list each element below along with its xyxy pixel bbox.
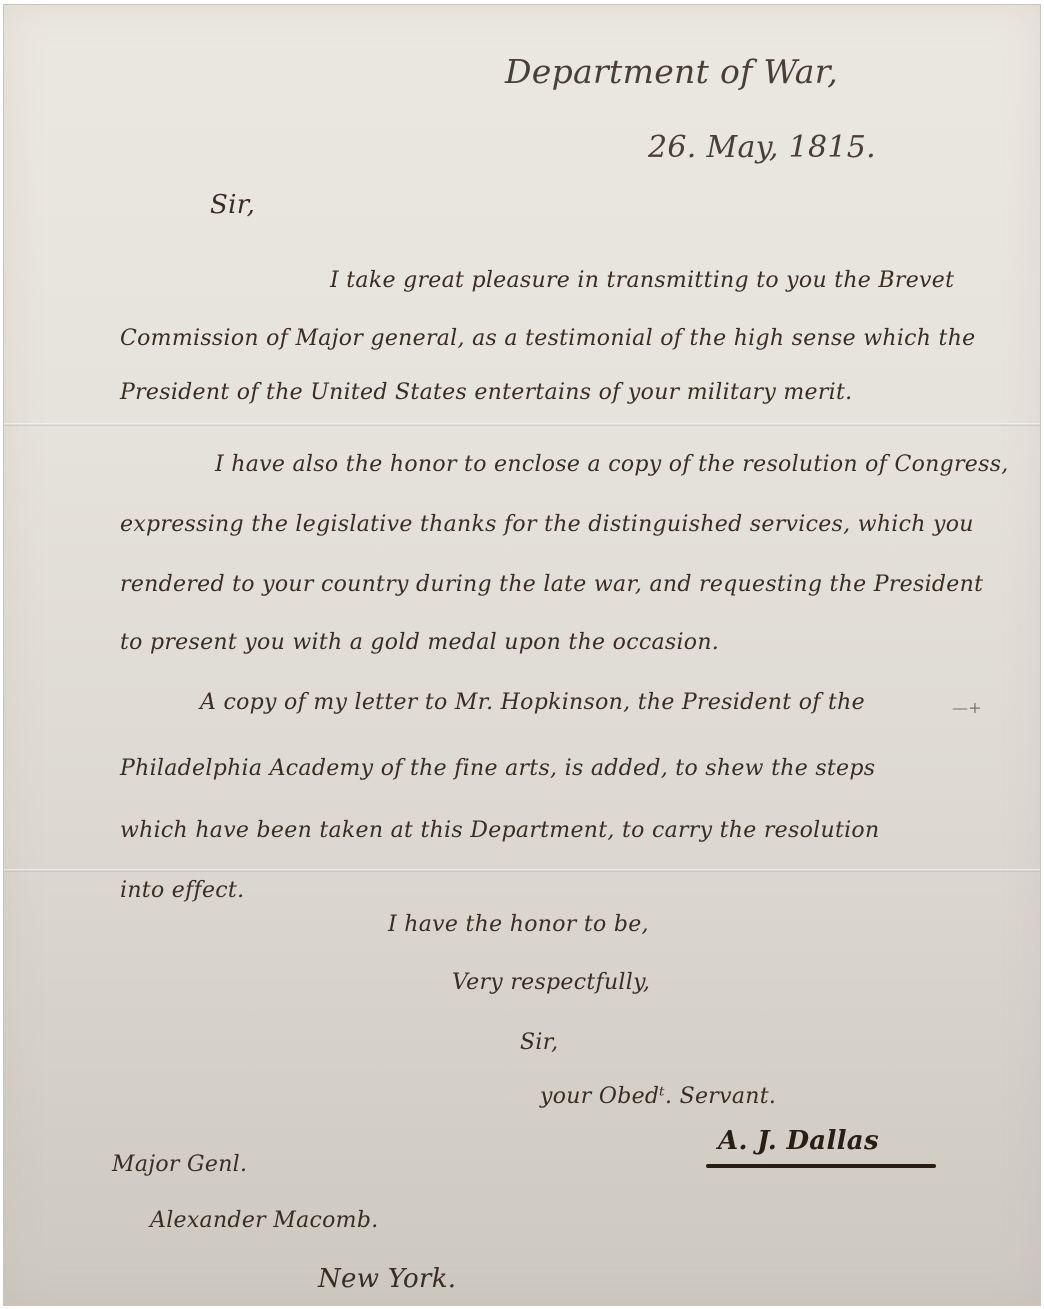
signature-underline-flourish (706, 1164, 936, 1168)
margin-mark: —+ (952, 698, 982, 717)
fold-line-lower (4, 869, 1040, 872)
paragraph-3-line-2: Philadelphia Academy of the fine arts, i… (120, 756, 875, 781)
paragraph-2-line-4: to present you with a gold medal upon th… (120, 630, 719, 655)
paragraph-1-line-1: I take great pleasure in transmitting to… (330, 268, 954, 293)
closing-line-4: your Obedᵗ. Servant. (540, 1084, 776, 1109)
signature: A. J. Dallas (718, 1126, 879, 1156)
letter-paper (3, 4, 1041, 1306)
salutation: Sir, (210, 190, 255, 220)
addressee-place: New York. (318, 1264, 456, 1294)
paragraph-1-line-3: President of the United States entertain… (120, 380, 852, 405)
paragraph-2-line-2: expressing the legislative thanks for th… (120, 512, 974, 537)
paragraph-2-line-3: rendered to your country during the late… (120, 572, 983, 597)
closing-line-1: I have the honor to be, (388, 912, 649, 937)
addressee-title: Major Genl. (112, 1152, 247, 1177)
fold-line-upper (4, 423, 1040, 426)
closing-line-2: Very respectfully, (452, 970, 650, 995)
paragraph-1-line-2: Commission of Major general, as a testim… (120, 326, 975, 351)
paragraph-3-line-1: A copy of my letter to Mr. Hopkinson, th… (200, 690, 865, 715)
letter-heading: Department of War, (505, 52, 838, 91)
closing-line-3: Sir, (520, 1030, 558, 1055)
paragraph-3-line-4: into effect. (120, 878, 244, 903)
paragraph-2-line-1: I have also the honor to enclose a copy … (215, 452, 1009, 477)
paragraph-3-line-3: which have been taken at this Department… (120, 818, 879, 843)
letter-date: 26. May, 1815. (648, 130, 876, 165)
addressee-name: Alexander Macomb. (150, 1208, 379, 1233)
